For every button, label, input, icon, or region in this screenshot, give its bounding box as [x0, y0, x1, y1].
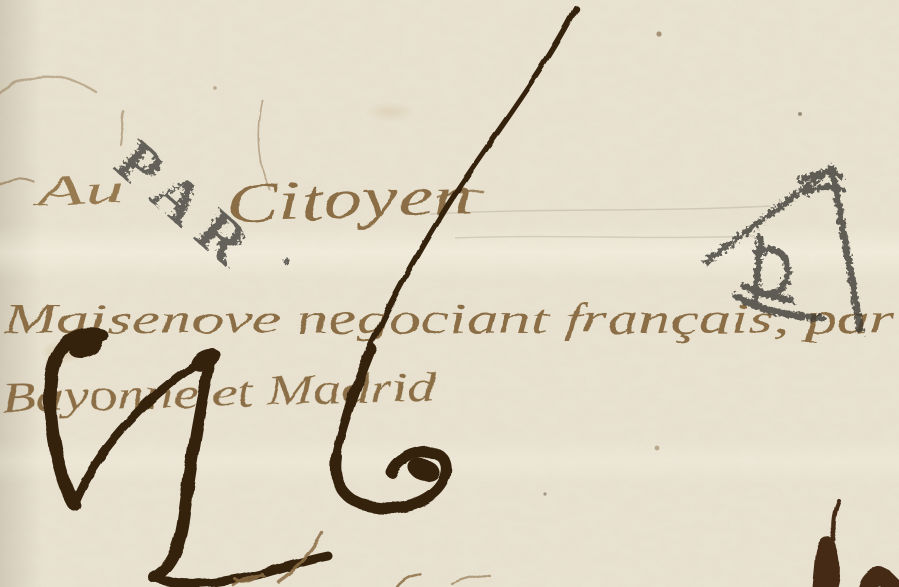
letter-scan-canvas: PAR Au Citoyen Maisenove negociant franç…	[0, 0, 899, 587]
letter-scan: PAR Au Citoyen Maisenove negociant franç…	[0, 0, 899, 587]
salutation-prefix-text: Au	[31, 166, 125, 217]
par-stamp-dot	[284, 259, 291, 266]
